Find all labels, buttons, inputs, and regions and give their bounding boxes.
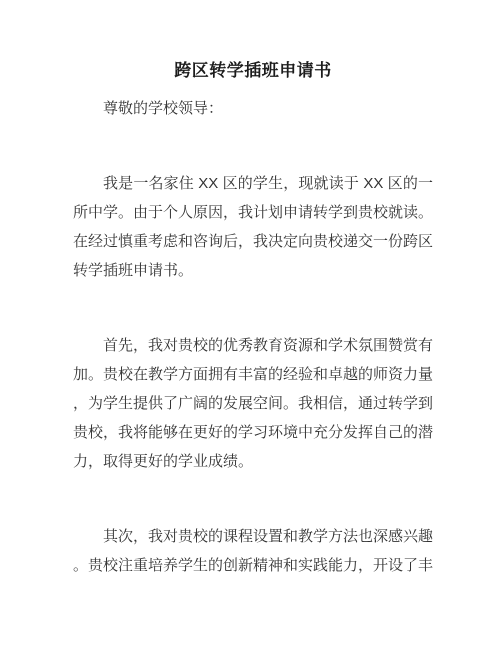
document-content: 跨区转学插班申请书 尊敬的学校领导： 我是一名家住 XX 区的学生，现就读于 X…: [0, 0, 500, 580]
salutation: 尊敬的学校领导：: [73, 94, 433, 123]
paragraph-second-reason-truncated: 其次，我对贵校的课程设置和教学方法也深感兴趣。贵校注重培养学生的创新精神和实践能…: [73, 522, 433, 580]
document-page: 跨区转学插班申请书 尊敬的学校领导： 我是一名家住 XX 区的学生，现就读于 X…: [0, 0, 500, 647]
document-title: 跨区转学插班申请书: [73, 58, 433, 84]
paragraph-intro: 我是一名家住 XX 区的学生，现就读于 XX 区的一所中学。由于个人原因，我计划…: [73, 169, 433, 285]
paragraph-first-reason: 首先，我对贵校的优秀教育资源和学术氛围赞赏有加。贵校在教学方面拥有丰富的经验和卓…: [73, 331, 433, 476]
